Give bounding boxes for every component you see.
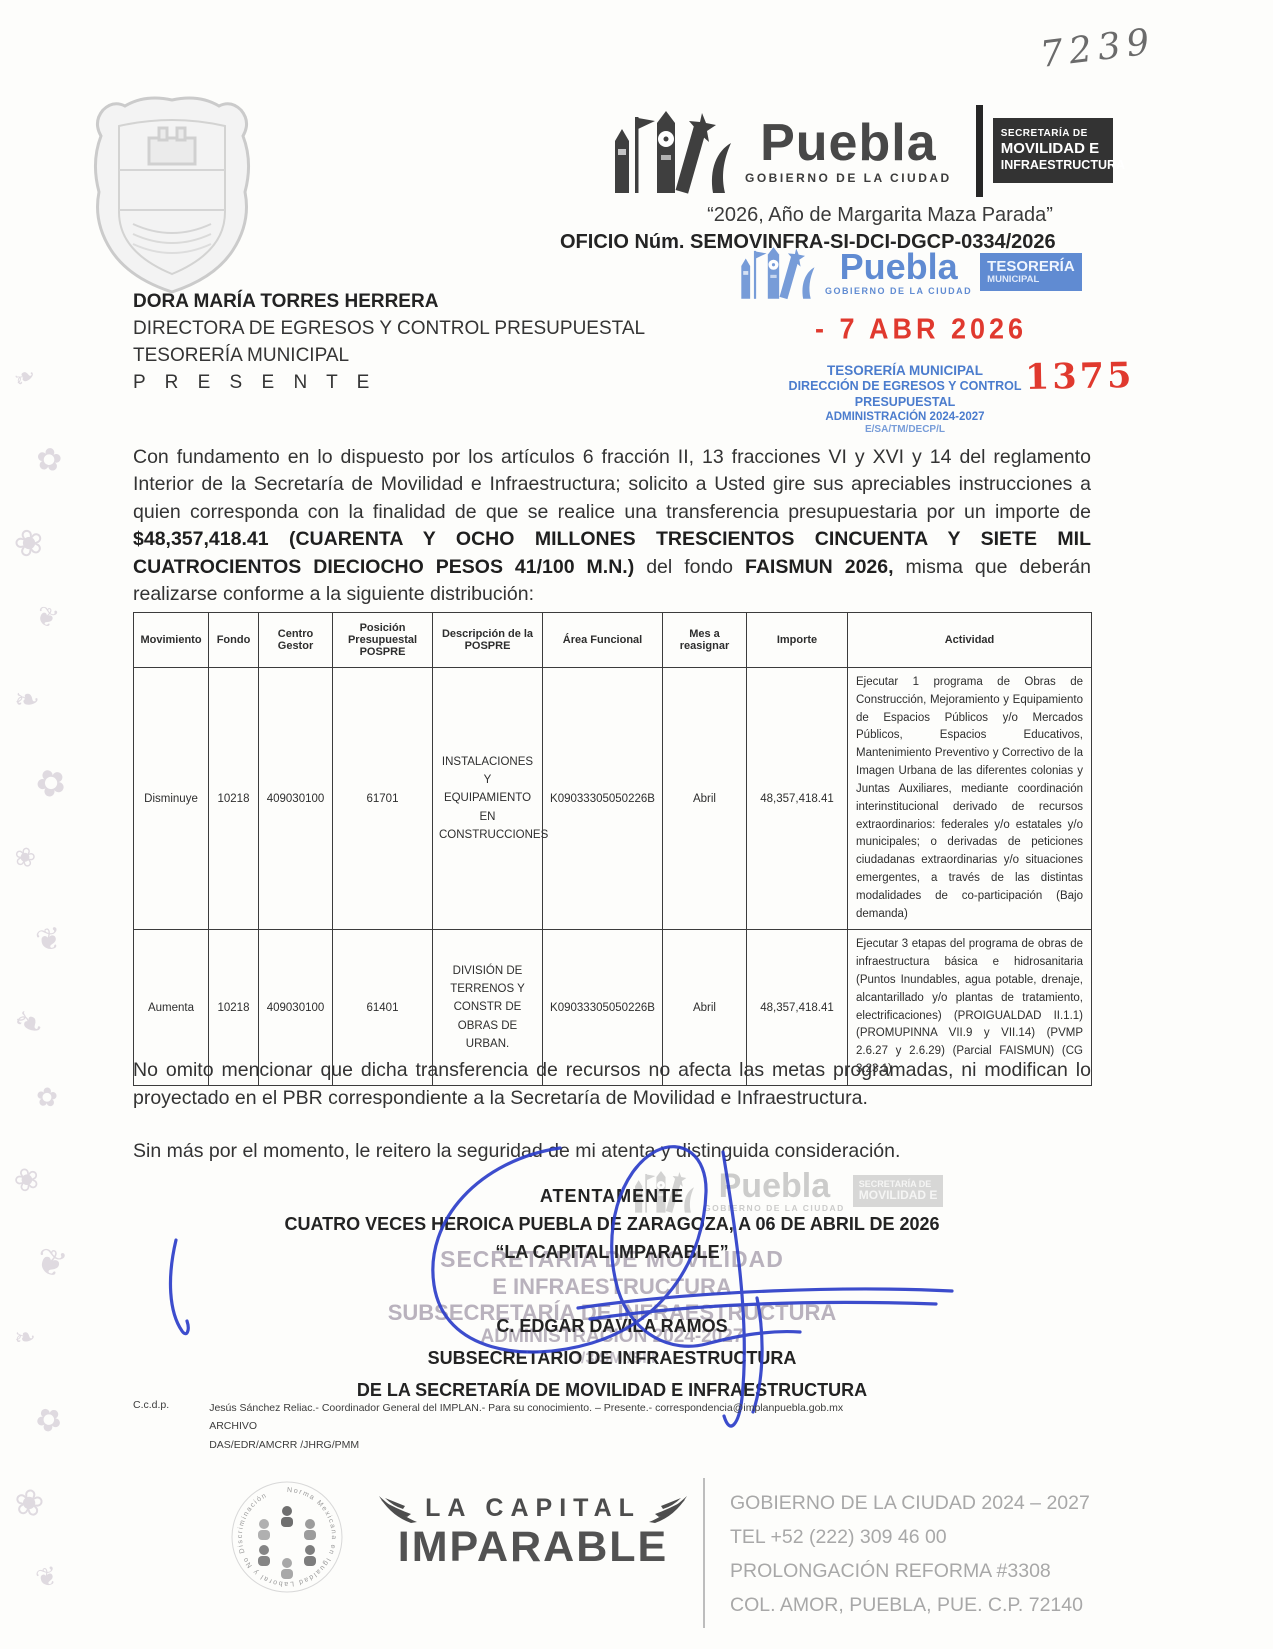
ccdp-line2: ARCHIVO <box>209 1417 843 1435</box>
city-crest-emblem <box>85 92 260 302</box>
brand-name: Puebla <box>760 117 937 169</box>
cell-area-funcional: K09033305050226B <box>543 668 663 930</box>
cell-centro-gestor: 409030100 <box>259 668 333 930</box>
signer-title-1: SUBSECRETARIO DE INFRAESTRUCTURA <box>133 1348 1091 1369</box>
blue-stamp-box: TESORERÍA MUNICIPAL <box>980 253 1082 291</box>
recipient-office: TESORERÍA MUNICIPAL <box>133 342 645 369</box>
table-header-row: Movimiento Fondo Centro Gestor Posición … <box>134 613 1092 668</box>
folio-number-stamp: 1375 <box>1025 355 1135 398</box>
puebla-logo-icon-blue <box>735 240 817 304</box>
wing-left-icon <box>375 1492 419 1524</box>
dept-line3: INFRAESTRUCTURA <box>1001 158 1105 173</box>
signature-motto: “LA CAPITAL IMPARABLE” <box>133 1242 1091 1263</box>
col-mes: Mes a reasignar <box>663 613 747 668</box>
body-pre: Con fundamento en lo dispuesto por los a… <box>133 446 1091 523</box>
wing-right-icon <box>647 1492 691 1524</box>
cell-mes: Abril <box>663 668 747 930</box>
dept-line1: SECRETARÍA DE <box>1001 128 1105 140</box>
blue-stamp-sub: GOBIERNO DE LA CIUDAD <box>825 286 972 296</box>
document-page: ❧✿❀❦❧✿❀❦❧✿❀❦❧✿❀❦ 7239 Puebla GOBIERNO DE… <box>0 0 1273 1649</box>
col-fondo: Fondo <box>209 613 259 668</box>
col-importe: Importe <box>747 613 848 668</box>
footer-address: GOBIERNO DE LA CIUDAD 2024 – 2027 TEL +5… <box>730 1486 1090 1623</box>
footer-divider <box>703 1478 705 1628</box>
cell-movimiento: Disminuye <box>134 668 209 930</box>
address-line4: COL. AMOR, PUEBLA, PUE. C.P. 72140 <box>730 1588 1090 1622</box>
signature-salutation: ATENTAMENTE <box>133 1186 1091 1207</box>
brand-divider-bar <box>976 105 983 197</box>
col-area-funcional: Área Funcional <box>543 613 663 668</box>
address-line2: TEL +52 (222) 309 46 00 <box>730 1520 1090 1554</box>
cell-importe: 48,357,418.41 <box>747 668 848 930</box>
handwritten-number: 7239 <box>1038 21 1158 76</box>
col-pospre: Posición Presupuestal POSPRE <box>333 613 433 668</box>
received-line1: TESORERÍA MUNICIPAL <box>770 363 1040 379</box>
ccdp-line3: DAS/EDR/AMCRR /JHRG/PMM <box>209 1436 843 1454</box>
capital-imparable-logo: LA CAPITAL IMPARABLE <box>368 1492 698 1569</box>
cell-pospre: 61701 <box>333 668 433 930</box>
address-line1: GOBIERNO DE LA CIUDAD 2024 – 2027 <box>730 1486 1090 1520</box>
col-movimiento: Movimiento <box>134 613 209 668</box>
capital-line2: IMPARABLE <box>368 1526 698 1569</box>
signer-name: C. EDGAR DÁVILA RAMOS <box>133 1316 1091 1337</box>
tesoreria-blue-stamp: Puebla GOBIERNO DE LA CIUDAD TESORERÍA M… <box>735 240 1082 304</box>
puebla-logo-icon <box>605 103 735 198</box>
blue-stamp-box-line1: TESORERÍA <box>987 258 1075 275</box>
body-mid: del fondo <box>634 556 745 578</box>
ccdp-block: C.c.d.p. Jesús Sánchez Reliac.- Coordina… <box>133 1399 843 1454</box>
recipient-title: DIRECTORA DE EGRESOS Y CONTROL PRESUPUES… <box>133 315 645 342</box>
received-line2: DIRECCIÓN DE EGRESOS Y CONTROL <box>770 379 1040 394</box>
body-fund: FAISMUN 2026, <box>745 556 894 578</box>
brand-subtitle: GOBIERNO DE LA CIUDAD <box>745 171 952 185</box>
ccdp-line1: Jesús Sánchez Reliac.- Coordinador Gener… <box>209 1399 843 1417</box>
department-box: SECRETARÍA DE MOVILIDAD E INFRAESTRUCTUR… <box>993 118 1113 183</box>
body-paragraph: Con fundamento en lo dispuesto por los a… <box>133 444 1091 609</box>
igualdad-laboral-badge: Norma Mexicana en Igualdad Laboral y No … <box>228 1478 346 1596</box>
closing-paragraph-2: Sin más por el momento, le reitero la se… <box>133 1140 1091 1163</box>
capital-line1: LA CAPITAL <box>425 1494 641 1523</box>
col-centro-gestor: Centro Gestor <box>259 613 333 668</box>
budget-transfer-table: Movimiento Fondo Centro Gestor Posición … <box>133 612 1092 1086</box>
received-line4: ADMINISTRACIÓN 2024-2027 <box>770 410 1040 424</box>
cell-descripcion: INSTALACIONES Y EQUIPAMIENTO EN CONSTRUC… <box>433 668 543 930</box>
address-line3: PROLONGACIÓN REFORMA #3308 <box>730 1554 1090 1588</box>
badge-figures <box>258 1506 316 1579</box>
header-brand: Puebla GOBIERNO DE LA CIUDAD SECRETARÍA … <box>605 103 1113 198</box>
signer-title-2: DE LA SECRETARÍA DE MOVILIDAD E INFRAEST… <box>133 1380 1091 1401</box>
received-date-stamp: - 7 ABR 2026 <box>815 313 1027 346</box>
blue-stamp-brand: Puebla <box>840 249 958 285</box>
closing-paragraph-1: No omito mencionar que dicha transferenc… <box>133 1056 1091 1112</box>
ghost-stamp-line2: E INFRAESTRUCTURA <box>133 1274 1091 1300</box>
blue-stamp-box-line2: MUNICIPAL <box>987 275 1075 286</box>
year-legend: “2026, Año de Margarita Maza Parada” <box>660 204 1100 227</box>
received-office-stamp: TESORERÍA MUNICIPAL DIRECCIÓN DE EGRESOS… <box>770 363 1040 436</box>
cell-fondo: 10218 <box>209 668 259 930</box>
col-actividad: Actividad <box>848 613 1092 668</box>
recipient-name: DORA MARÍA TORRES HERRERA <box>133 288 645 315</box>
received-line5: E/SA/TM/DECP/L <box>770 424 1040 436</box>
cell-actividad: Ejecutar 1 programa de Obras de Construc… <box>848 668 1092 930</box>
received-line3: PRESUPUESTAL <box>770 395 1040 410</box>
recipient-present: P R E S E N T E <box>133 369 645 396</box>
table-row: Disminuye 10218 409030100 61701 INSTALAC… <box>134 668 1092 930</box>
col-descripcion: Descripción de la POSPRE <box>433 613 543 668</box>
ccdp-label: C.c.d.p. <box>133 1399 169 1454</box>
signature-place-date: CUATRO VECES HEROICA PUEBLA DE ZARAGOZA,… <box>133 1214 1091 1235</box>
recipient-block: DORA MARÍA TORRES HERRERA DIRECTORA DE E… <box>133 288 645 396</box>
floral-watermark: ❧✿❀❦❧✿❀❦❧✿❀❦❧✿❀❦ <box>0 0 80 1649</box>
dept-line2: MOVILIDAD E <box>1001 140 1105 158</box>
